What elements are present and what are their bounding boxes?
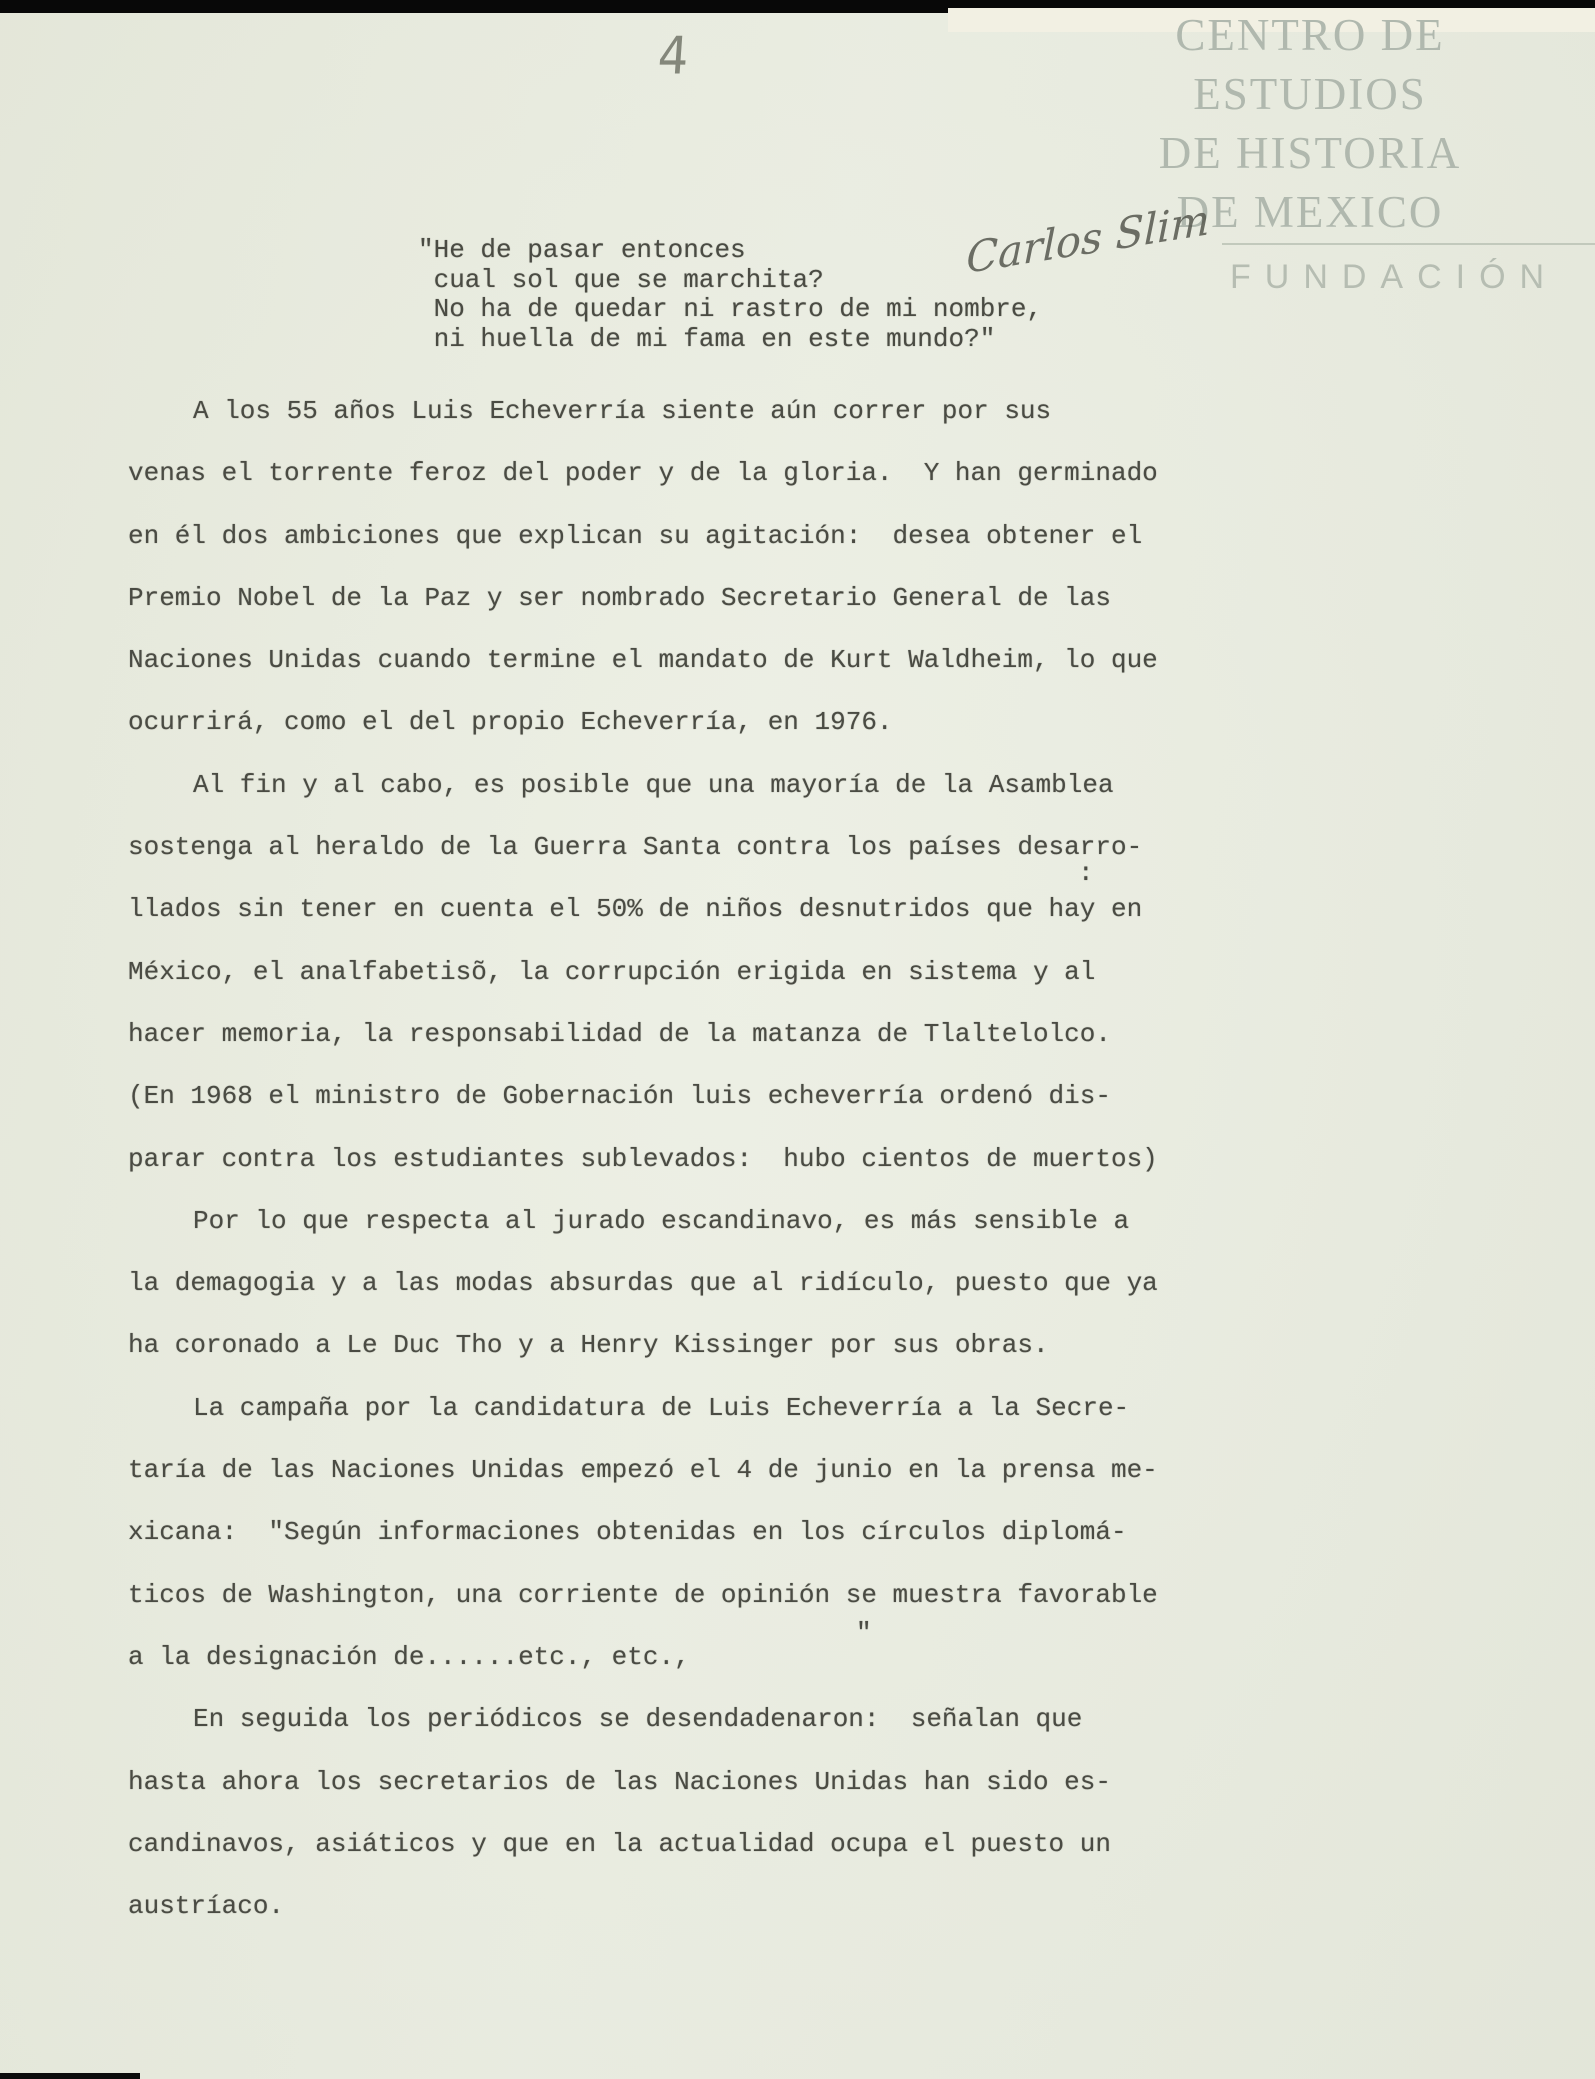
paragraph: Al fin y al cabo, es posible que una may… [128, 754, 1158, 1190]
text-line: Naciones Unidas cuando termine el mandat… [128, 629, 1158, 691]
text-line: cual sol que se marchita? [418, 266, 1042, 296]
text-line: Por lo que respecta al jurado escandinav… [128, 1190, 1158, 1252]
watermark-institution: CENTRO DEESTUDIOSDE HISTORIADE MEXICO [1135, 6, 1485, 242]
text-line: DE MEXICO [1135, 183, 1485, 242]
overtype-quote-mark: " [856, 1618, 872, 1648]
paragraph: Por lo que respecta al jurado escandinav… [128, 1190, 1158, 1377]
text-line: venas el torrente feroz del poder y de l… [128, 442, 1158, 504]
text-line: "He de pasar entonces [418, 236, 1042, 266]
body-text: A los 55 años Luis Echeverría siente aún… [128, 380, 1158, 1937]
epigraph-quote: "He de pasar entonces cual sol que se ma… [418, 236, 1042, 354]
overtype-colon-mark: : [1078, 858, 1094, 888]
text-line: ocurrirá, como el del propio Echeverría,… [128, 691, 1158, 753]
text-line: Premio Nobel de la Paz y ser nombrado Se… [128, 567, 1158, 629]
text-line: parar contra los estudiantes sublevados:… [128, 1128, 1158, 1190]
text-line: Al fin y al cabo, es posible que una may… [128, 754, 1158, 816]
text-line: candinavos, asiáticos y que en la actual… [128, 1813, 1158, 1875]
text-line: A los 55 años Luis Echeverría siente aún… [128, 380, 1158, 442]
text-line: a la designación de......etc., etc., [128, 1626, 1158, 1688]
text-line: hacer memoria, la responsabilidad de la … [128, 1003, 1158, 1065]
text-line: En seguida los periódicos se desendadena… [128, 1688, 1158, 1750]
scan-edge-top-left [0, 0, 948, 13]
paragraph: La campaña por la candidatura de Luis Ec… [128, 1377, 1158, 1688]
text-line: México, el analfabetisõ, la corrupción e… [128, 941, 1158, 1003]
text-line: xicana: "Según informaciones obtenidas e… [128, 1501, 1158, 1563]
text-line: No ha de quedar ni rastro de mi nombre, [418, 295, 1042, 325]
paragraph: En seguida los periódicos se desendadena… [128, 1688, 1158, 1937]
text-line: (En 1968 el ministro de Gobernación luis… [128, 1065, 1158, 1127]
text-line: ni huella de mi fama en este mundo?" [418, 325, 1042, 355]
page-number: 4 [656, 26, 691, 86]
text-line: ticos de Washington, una corriente de op… [128, 1564, 1158, 1626]
text-line: en él dos ambiciones que explican su agi… [128, 505, 1158, 567]
text-line: llados sin tener en cuenta el 50% de niñ… [128, 878, 1158, 940]
text-line: La campaña por la candidatura de Luis Ec… [128, 1377, 1158, 1439]
text-line: la demagogia y a las modas absurdas que … [128, 1252, 1158, 1314]
watermark-foundation: FUNDACIÓN [1230, 258, 1558, 297]
text-line: DE HISTORIA [1135, 124, 1485, 183]
text-line: hasta ahora los secretarios de las Nacio… [128, 1751, 1158, 1813]
text-line: ha coronado a Le Duc Tho y a Henry Kissi… [128, 1314, 1158, 1376]
paragraph: A los 55 años Luis Echeverría siente aún… [128, 380, 1158, 754]
text-line: ESTUDIOS [1135, 65, 1485, 124]
scan-edge-bottom-left [0, 2073, 140, 2079]
text-line: sostenga al heraldo de la Guerra Santa c… [128, 816, 1158, 878]
paper-edge-highlight [948, 8, 1595, 32]
text-line: taría de las Naciones Unidas empezó el 4… [128, 1439, 1158, 1501]
document-page: CENTRO DEESTUDIOSDE HISTORIADE MEXICO FU… [0, 0, 1595, 2079]
text-line: austríaco. [128, 1875, 1158, 1937]
watermark-divider [1222, 243, 1595, 245]
